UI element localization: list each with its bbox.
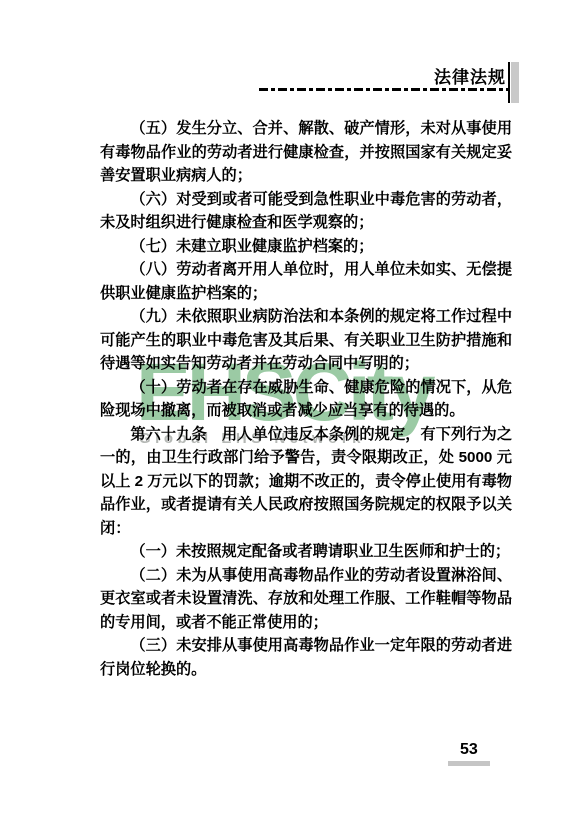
header-section-title: 法律法规: [434, 63, 506, 88]
page-number-underline: [448, 761, 490, 766]
header-side-line: [508, 62, 510, 103]
body-paragraph: （六）对受到或者可能受到急性职业中毒危害的劳动者，未及时组织进行健康检查和医学观…: [100, 188, 512, 235]
body-paragraph: （九）未依照职业病防治法和本条例的规定将工作过程中可能产生的职业中毒危害及其后果…: [100, 305, 512, 376]
header-dash-divider: [259, 88, 510, 91]
header-side-bar: [511, 62, 519, 103]
page-number: 53: [460, 741, 478, 759]
scanned-document-page: 法律法规 EHSCity Global EHS Network （五）发生分立、…: [0, 0, 579, 817]
body-text: （五）发生分立、合并、解散、破产情形，未对从事使用有毒物品作业的劳动者进行健康检…: [100, 117, 512, 681]
body-paragraph: 第六十九条 用人单位违反本条例的规定，有下列行为之一的，由卫生行政部门给予警告，…: [100, 423, 512, 541]
body-paragraph: （一）未按照规定配备或者聘请职业卫生医师和护士的；: [100, 540, 512, 564]
body-paragraph: （三）未安排从事使用高毒物品作业一定年限的劳动者进行岗位轮换的。: [100, 634, 512, 681]
body-paragraph: （五）发生分立、合并、解散、破产情形，未对从事使用有毒物品作业的劳动者进行健康检…: [100, 117, 512, 188]
body-paragraph: （七）未建立职业健康监护档案的；: [100, 235, 512, 259]
body-paragraph: （二）未为从事使用高毒物品作业的劳动者设置淋浴间、更衣室或者未设置清洗、存放和处…: [100, 564, 512, 635]
body-paragraph: （十）劳动者在存在威胁生命、健康危险的情况下，从危险现场中撤离，而被取消或者减少…: [100, 376, 512, 423]
body-paragraph: （八）劳动者离开用人单位时，用人单位未如实、无偿提供职业健康监护档案的；: [100, 258, 512, 305]
